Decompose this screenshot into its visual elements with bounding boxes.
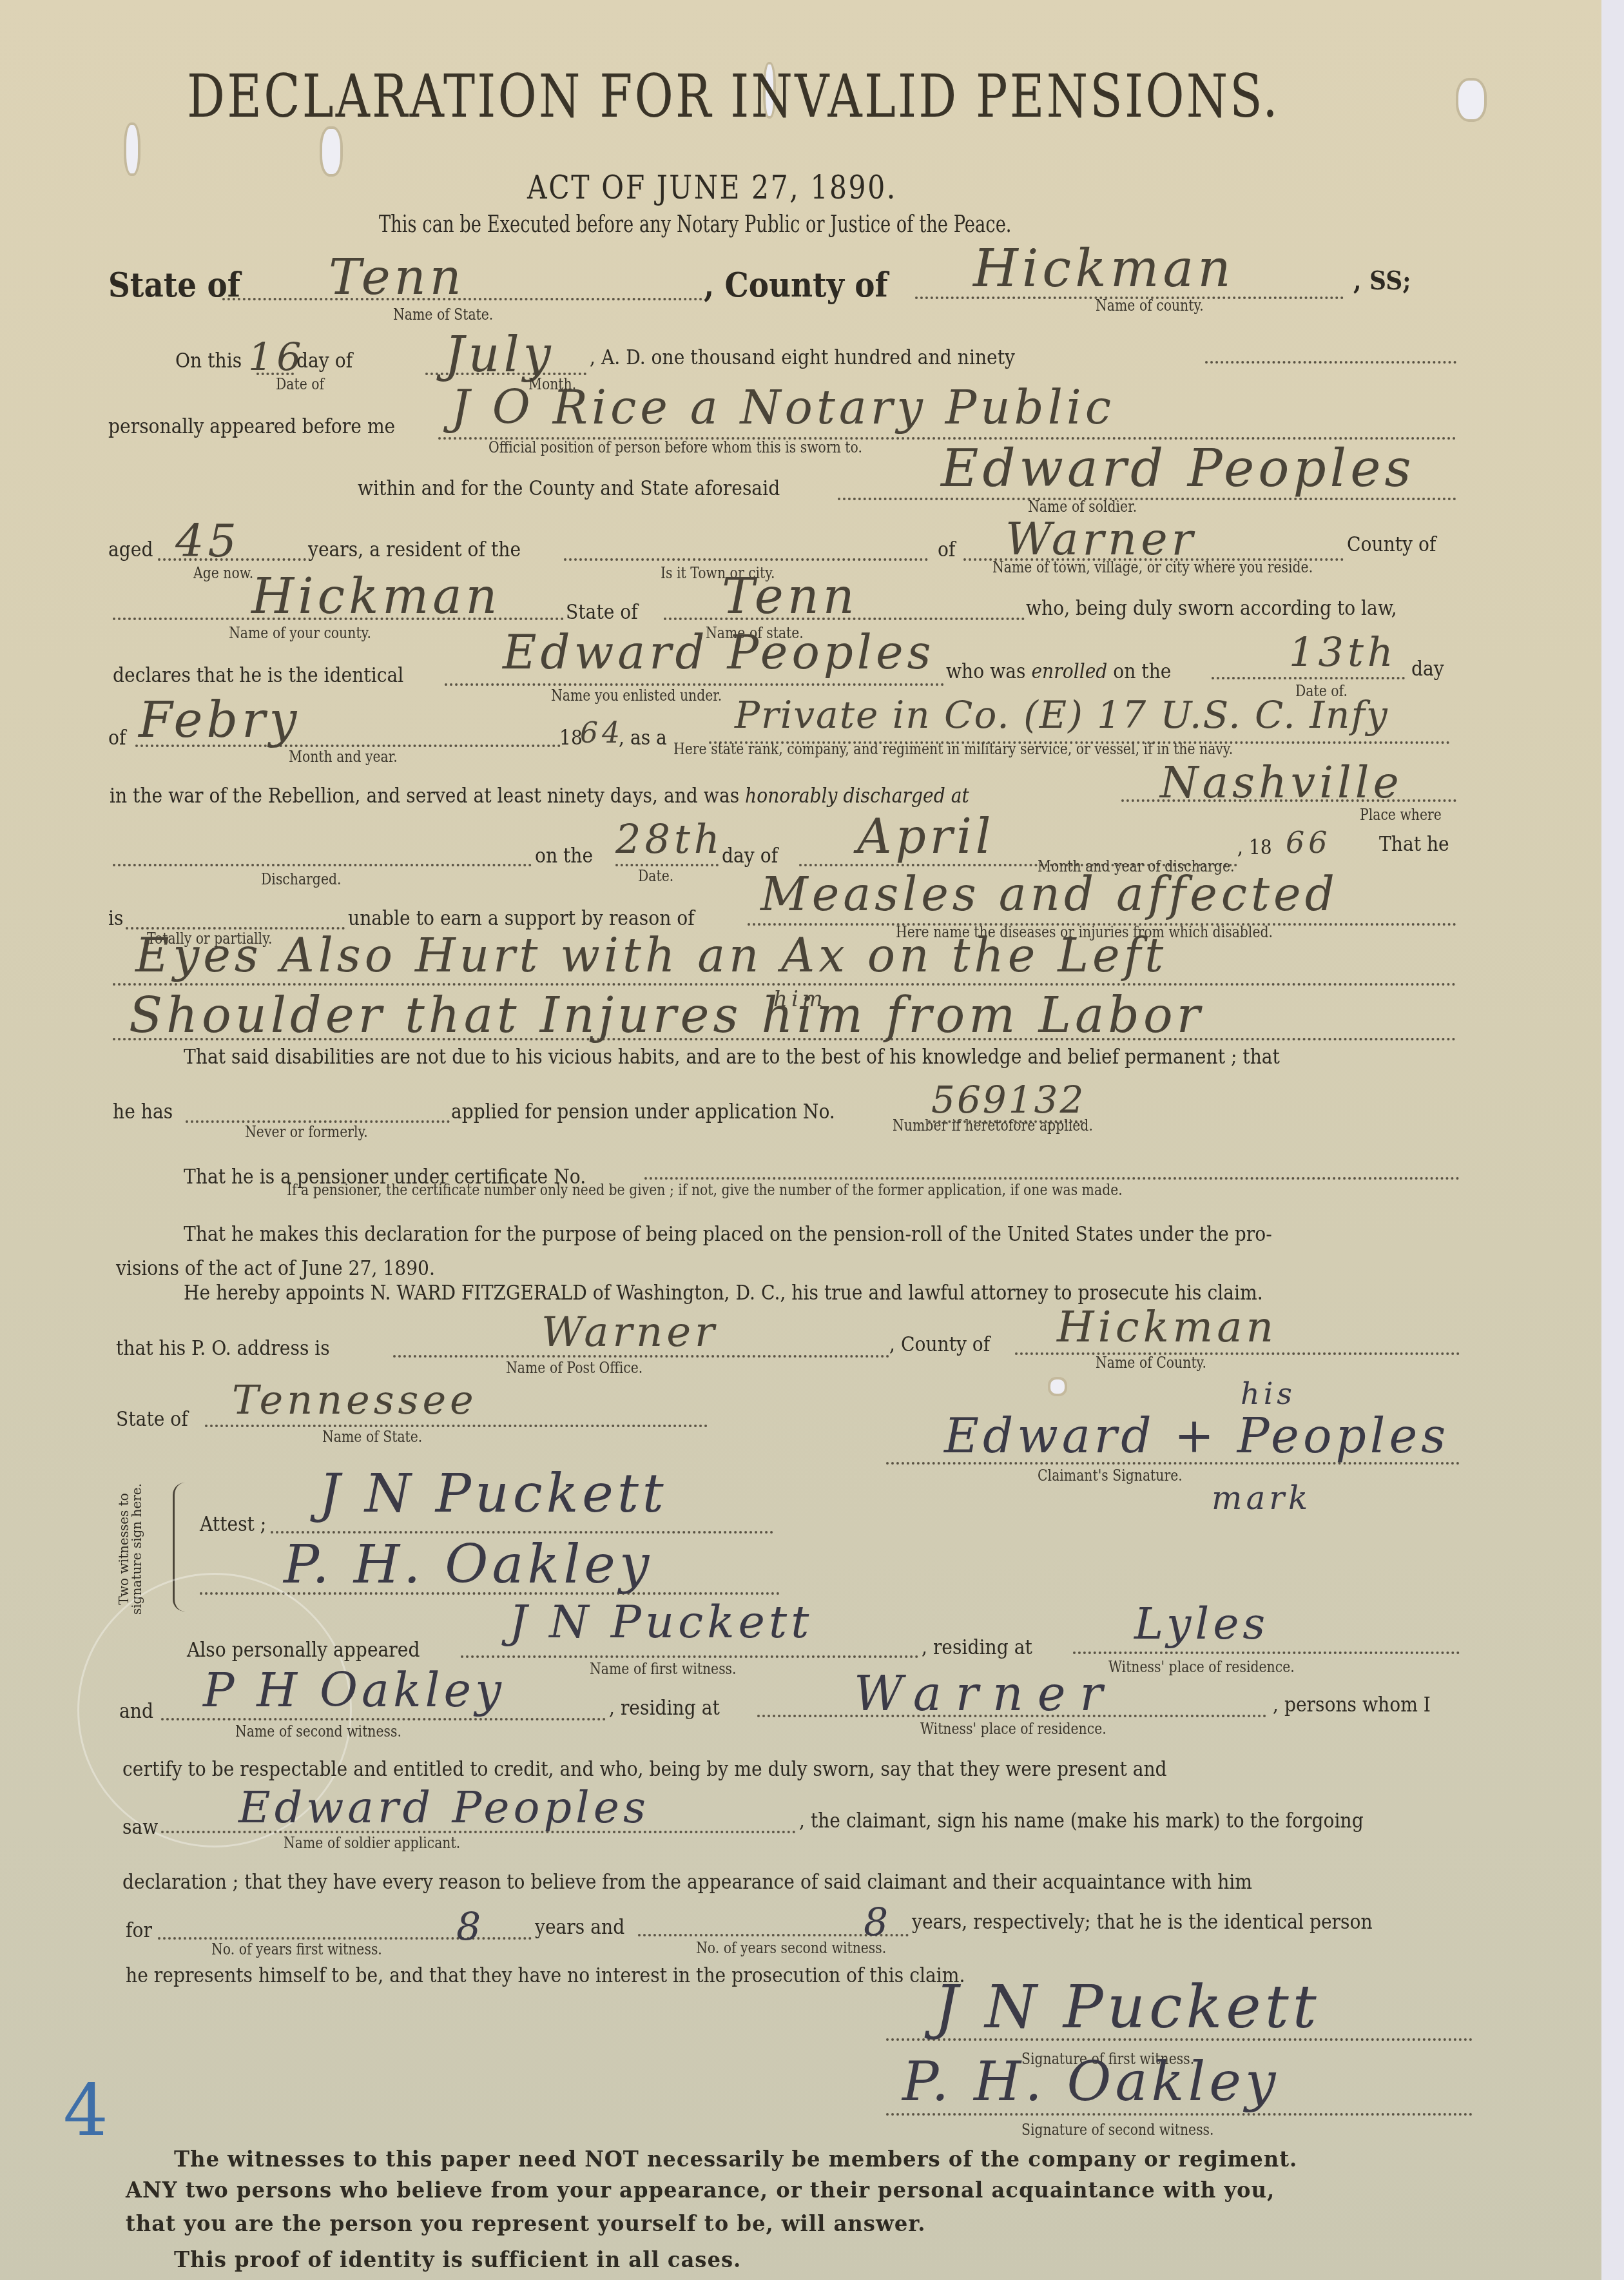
respectively-text: years, respectively; that he is the iden… bbox=[912, 1909, 1373, 1934]
first-witness-name-line bbox=[461, 1655, 918, 1658]
attest-witness-2[interactable]: P. H. Oakley bbox=[284, 1534, 653, 1595]
county-field-caption: Name of county. bbox=[1096, 297, 1204, 315]
margin-page-number: 4 bbox=[63, 2069, 112, 2152]
discharge-year-prefix: , 18 bbox=[1237, 835, 1272, 859]
state-field-value[interactable]: Tenn bbox=[329, 248, 465, 306]
war-text-a: in the war of the Rebellion, and served … bbox=[110, 783, 745, 808]
purpose-line-2: visions of the act of June 27, 1890. bbox=[116, 1256, 435, 1280]
disease-line-2 bbox=[113, 983, 1456, 986]
enrolled-word: enrolled bbox=[1031, 659, 1107, 683]
as-a-label: , as a bbox=[619, 725, 667, 750]
he-has-label: he has bbox=[113, 1099, 173, 1124]
day-of-label: day of bbox=[296, 348, 353, 373]
discharged-phrase: honorably discharged at bbox=[745, 783, 969, 808]
attest-label: Attest ; bbox=[200, 1512, 266, 1536]
first-residence-value[interactable]: Lyles bbox=[1134, 1599, 1269, 1650]
claimant-signature-caption: Claimant's Signature. bbox=[1038, 1466, 1183, 1485]
certify-text: certify to be respectable and entitled t… bbox=[122, 1757, 1167, 1781]
address-state-caption: Name of State. bbox=[322, 1428, 422, 1446]
never-formerly-caption: Never or formerly. bbox=[245, 1123, 368, 1141]
also-appeared-label: Also personally appeared bbox=[187, 1637, 420, 1662]
discharge-year-field-value[interactable]: 66 bbox=[1286, 825, 1331, 860]
address-state-label: State of bbox=[116, 1407, 188, 1431]
soldier-field-value[interactable]: Edward Peoples bbox=[941, 438, 1415, 498]
application-no-caption: Number if heretofore applied. bbox=[893, 1116, 1093, 1135]
and-label: and bbox=[119, 1699, 153, 1723]
second-witness-signature[interactable]: P. H. Oakley bbox=[902, 2050, 1279, 2113]
first-residence-line bbox=[1073, 1652, 1460, 1654]
saw-label: saw bbox=[122, 1815, 158, 1839]
second-residence-value[interactable]: Warner bbox=[854, 1666, 1117, 1722]
saw-caption: Name of soldier applicant. bbox=[284, 1834, 460, 1852]
attest-line-1 bbox=[271, 1531, 773, 1534]
day-word: day bbox=[1411, 656, 1444, 681]
years-second-caption: No. of years second witness. bbox=[696, 1939, 886, 1957]
pensioner-caption: If a pensioner, the certificate number o… bbox=[287, 1181, 1123, 1199]
enroll-year-field-value[interactable]: 64 bbox=[580, 717, 624, 750]
punch-hole bbox=[1458, 81, 1484, 119]
ss-mark: , SS; bbox=[1353, 266, 1411, 296]
address-county-caption: Name of County. bbox=[1096, 1354, 1206, 1372]
second-signature-line bbox=[886, 2113, 1473, 2116]
footer-line-4: This proof of identity is sufficient in … bbox=[174, 2247, 741, 2273]
age-caption: Age now. bbox=[193, 564, 253, 582]
enlisted-name-field-line bbox=[445, 683, 944, 686]
res-state-field-value[interactable]: Tenn bbox=[722, 567, 858, 625]
official-field-value[interactable]: J O Rice a Notary Public bbox=[451, 380, 1115, 434]
county-of-label: County of bbox=[1347, 532, 1436, 556]
town-caption: Name of town, village, or city where you… bbox=[992, 558, 1313, 576]
discharged-caption: Discharged. bbox=[261, 870, 342, 888]
residing-at-1: , residing at bbox=[922, 1635, 1032, 1659]
form-title: DECLARATION FOR INVALID PENSIONS. bbox=[187, 62, 1280, 131]
saw-field-value[interactable]: Edward Peoples bbox=[238, 1782, 650, 1833]
years-first-field-value[interactable]: 8 bbox=[456, 1905, 485, 1950]
scan-background-edge bbox=[1601, 0, 1624, 2280]
vicious-habits-text: That said disabilities are not due to hi… bbox=[184, 1044, 1280, 1069]
declares-label: declares that he is the identical bbox=[113, 663, 403, 687]
res-county-field-value[interactable]: Hickman bbox=[251, 567, 501, 625]
po-field-value[interactable]: Warner bbox=[541, 1309, 719, 1356]
years-and-text: years and bbox=[535, 1915, 624, 1939]
disease-line-3-value[interactable]: Shoulder that Injures him from Labor bbox=[129, 986, 1204, 1044]
years-first-caption: No. of years first witness. bbox=[211, 1940, 382, 1958]
applied-text: applied for pension under application No… bbox=[451, 1099, 835, 1124]
first-witness-signature[interactable]: J N Puckett bbox=[934, 1973, 1320, 2041]
discharged-field-line bbox=[113, 864, 532, 866]
po-caption: Name of Post Office. bbox=[506, 1359, 643, 1377]
ad-text: , A. D. one thousand eight hundred and n… bbox=[590, 345, 1015, 369]
enroll-month-field-value[interactable]: Febry bbox=[139, 691, 300, 748]
county-field-value[interactable]: Hickman bbox=[973, 239, 1235, 298]
county-label: , County of bbox=[704, 266, 888, 305]
second-witness-name-line bbox=[161, 1718, 606, 1720]
enlisted-name-caption: Name you enlisted under. bbox=[551, 687, 722, 705]
form-subtitle: This can be Executed before any Notary P… bbox=[379, 209, 1012, 238]
rank-field-value[interactable]: Private in Co. (E) 17 U.S. C. Infy bbox=[735, 693, 1389, 737]
year-field-line bbox=[1205, 361, 1456, 364]
war-text: in the war of the Rebellion, and served … bbox=[110, 783, 969, 808]
that-he-text: That he bbox=[1379, 832, 1449, 856]
enrolled-text-b: on the bbox=[1107, 659, 1171, 683]
footer-line-2: ANY two persons who believe from your ap… bbox=[126, 2178, 1275, 2203]
on-the-label: on the bbox=[535, 843, 593, 868]
discharge-place-field-value[interactable]: Nashville bbox=[1160, 757, 1403, 808]
address-county-label: , County of bbox=[889, 1332, 990, 1356]
month-field-value[interactable]: July bbox=[445, 326, 555, 383]
po-label: that his P. O. address is bbox=[116, 1336, 330, 1360]
is-label: is bbox=[108, 906, 123, 930]
discharge-date-caption: Date. bbox=[638, 867, 673, 885]
residing-at-2: , residing at bbox=[609, 1695, 720, 1720]
disease-line-2-value[interactable]: Eyes Also Hurt with an Ax on the Left bbox=[135, 928, 1167, 982]
enroll-of-label: of bbox=[108, 725, 126, 750]
on-this-label: On this bbox=[175, 348, 242, 373]
enroll-date-field-value[interactable]: 13th bbox=[1289, 628, 1397, 676]
represents-text: he represents himself to be, and that th… bbox=[126, 1963, 965, 1987]
punch-hole bbox=[322, 129, 340, 174]
discharge-date-field-value[interactable]: 28th bbox=[615, 815, 724, 862]
disease-line-1-value[interactable]: Measles and affected bbox=[760, 867, 1339, 921]
res-state-label: State of bbox=[566, 599, 638, 624]
claimant-signature-value[interactable]: Edward + Peoples bbox=[944, 1408, 1449, 1464]
address-state-field-value[interactable]: Tennessee bbox=[232, 1376, 478, 1423]
state-label: State of bbox=[108, 266, 240, 305]
place-where-caption: Place where bbox=[1360, 806, 1442, 824]
date-caption: Date of bbox=[276, 375, 324, 393]
age-field-value[interactable]: 45 bbox=[175, 514, 240, 567]
second-signature-caption: Signature of second witness. bbox=[1021, 2121, 1214, 2139]
first-residence-caption: Witness' place of residence. bbox=[1108, 1658, 1295, 1676]
res-county-caption: Name of your county. bbox=[229, 624, 371, 642]
first-witness-name-caption: Name of first witness. bbox=[590, 1660, 737, 1678]
year-prefix: 18 bbox=[559, 725, 583, 750]
discharge-day-of: day of bbox=[722, 843, 778, 868]
application-no-field-value[interactable]: 569132 bbox=[931, 1078, 1085, 1122]
claimant-his-label: his bbox=[1241, 1376, 1296, 1411]
years-resident-text: years, a resident of the bbox=[308, 537, 521, 561]
official-caption: Official position of person before whom … bbox=[488, 438, 862, 456]
enrolled-text-a: who was bbox=[946, 659, 1031, 683]
first-witness-name-value[interactable]: J N Puckett bbox=[509, 1595, 813, 1648]
address-county-field-line bbox=[1015, 1352, 1460, 1355]
enrolled-text: who was enrolled on the bbox=[946, 659, 1171, 683]
second-witness-name-value[interactable]: P H Oakley bbox=[203, 1663, 505, 1717]
claimant-mark-label: mark bbox=[1212, 1479, 1311, 1517]
discharge-date-field-line bbox=[615, 864, 719, 866]
claimant-sign-text: , the claimant, sign his name (make his … bbox=[799, 1808, 1364, 1833]
second-witness-name-caption: Name of second witness. bbox=[235, 1722, 401, 1740]
unable-text: unable to earn a support by reason of bbox=[348, 906, 695, 930]
sworn-text: who, being duly sworn according to law, bbox=[1026, 596, 1397, 620]
attorney-text: He hereby appoints N. WARD FITZGERALD of… bbox=[184, 1280, 1263, 1305]
of-label: of bbox=[938, 537, 955, 561]
discharge-month-field-value[interactable]: April bbox=[857, 809, 995, 864]
act-heading: ACT OF JUNE 27, 1890. bbox=[527, 169, 897, 206]
aged-label: aged bbox=[108, 537, 153, 561]
address-state-field-line bbox=[205, 1425, 708, 1427]
footer-line-3: that you are the person you represent yo… bbox=[126, 2211, 925, 2237]
declaration-text: declaration ; that they have every reaso… bbox=[122, 1869, 1252, 1894]
footer-line-1: The witnesses to this paper need NOT nec… bbox=[174, 2147, 1297, 2172]
punch-hole bbox=[126, 125, 138, 173]
for-label: for bbox=[126, 1918, 152, 1942]
second-residence-caption: Witness' place of residence. bbox=[920, 1720, 1107, 1738]
address-county-field-value[interactable]: Hickman bbox=[1057, 1302, 1277, 1352]
rank-caption: Here state rank, company, and regiment i… bbox=[673, 740, 1233, 758]
purpose-line-1: That he makes this declaration for the p… bbox=[184, 1222, 1272, 1246]
enroll-month-caption: Month and year. bbox=[289, 748, 398, 766]
punch-hole bbox=[1050, 1379, 1065, 1394]
persons-whom-text: , persons whom I bbox=[1273, 1692, 1431, 1717]
enlisted-name-field-value[interactable]: Edward Peoples bbox=[503, 625, 934, 679]
within-label: within and for the County and State afor… bbox=[358, 476, 780, 500]
town-type-field-line bbox=[564, 558, 928, 561]
attest-witness-1[interactable]: J N Puckett bbox=[319, 1463, 668, 1525]
certificate-field-line bbox=[644, 1177, 1460, 1180]
state-field-caption: Name of State. bbox=[393, 306, 493, 324]
town-field-value[interactable]: Warner bbox=[1005, 512, 1197, 565]
enroll-date-field-line bbox=[1212, 677, 1405, 679]
appeared-label: personally appeared before me bbox=[108, 414, 395, 438]
